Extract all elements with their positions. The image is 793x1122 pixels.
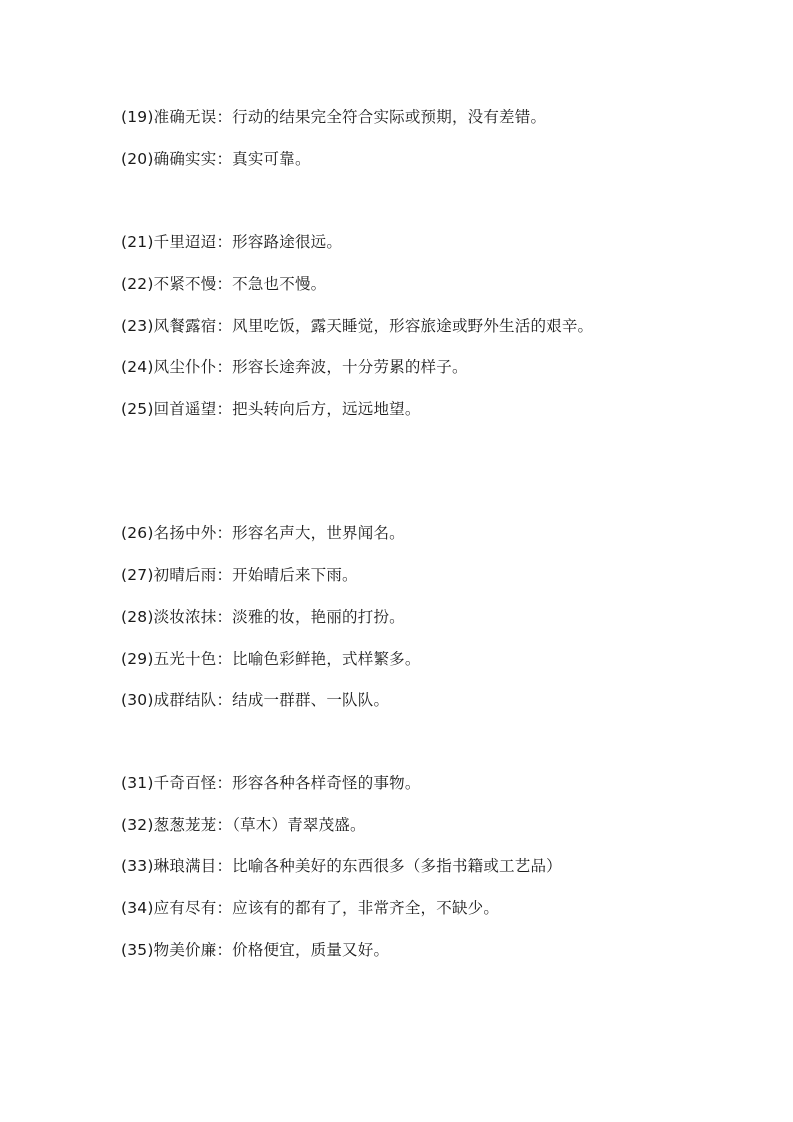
idiom-entry-32: (32)葱葱茏茏：（草木）青翠茂盛。 xyxy=(121,815,366,835)
idiom-definition: 比喻各种美好的东西很多（多指书籍或工艺品） xyxy=(232,857,562,875)
entry-number: (28) xyxy=(121,608,154,626)
separator: ： xyxy=(216,358,232,376)
idiom-term: 淡妆浓抹 xyxy=(154,608,217,626)
idiom-term: 准确无误 xyxy=(154,108,217,126)
separator: ： xyxy=(216,608,232,626)
idiom-term: 千里迢迢 xyxy=(154,233,217,251)
entry-number: (26) xyxy=(121,524,154,542)
entry-number: (24) xyxy=(121,358,154,376)
idiom-entry-23: (23)风餐露宿：风里吃饭，露天睡觉，形容旅途或野外生活的艰辛。 xyxy=(121,316,593,336)
separator: ： xyxy=(216,899,232,917)
entry-number: (27) xyxy=(121,566,154,584)
idiom-entry-34: (34)应有尽有：应该有的都有了，非常齐全，不缺少。 xyxy=(121,898,499,918)
entry-number: (29) xyxy=(121,650,154,668)
idiom-definition: 价格便宜，质量又好。 xyxy=(232,941,389,959)
idiom-definition: 形容各种各样奇怪的事物。 xyxy=(232,774,420,792)
entry-number: (32) xyxy=(121,816,154,834)
idiom-term: 风尘仆仆 xyxy=(154,358,217,376)
idiom-definition: 把头转向后方，远远地望。 xyxy=(232,400,420,418)
idiom-term: 名扬中外 xyxy=(154,524,217,542)
idiom-entry-31: (31)千奇百怪：形容各种各样奇怪的事物。 xyxy=(121,773,421,793)
idiom-term: 葱葱茏茏 xyxy=(154,816,217,834)
idiom-definition: 开始晴后来下雨。 xyxy=(232,566,358,584)
idiom-term: 不紧不慢 xyxy=(154,275,217,293)
entry-number: (31) xyxy=(121,774,154,792)
idiom-entry-24: (24)风尘仆仆：形容长途奔波，十分劳累的样子。 xyxy=(121,357,468,377)
entry-number: (33) xyxy=(121,857,154,875)
idiom-definition: 行动的结果完全符合实际或预期，没有差错。 xyxy=(232,108,546,126)
separator: ： xyxy=(216,524,232,542)
entry-number: (19) xyxy=(121,108,154,126)
idiom-entry-29: (29)五光十色：比喻色彩鲜艳，式样繁多。 xyxy=(121,649,421,669)
idiom-term: 初晴后雨 xyxy=(154,566,217,584)
idiom-entry-30: (30)成群结队：结成一群群、一队队。 xyxy=(121,690,389,710)
idiom-entry-25: (25)回首遥望：把头转向后方，远远地望。 xyxy=(121,399,421,419)
idiom-entry-20: (20)确确实实：真实可靠。 xyxy=(121,149,311,169)
entry-number: (30) xyxy=(121,691,154,709)
idiom-entry-28: (28)淡妆浓抹：淡雅的妆，艳丽的打扮。 xyxy=(121,607,405,627)
entry-number: (22) xyxy=(121,275,154,293)
separator: ： xyxy=(216,691,232,709)
idiom-term: 确确实实 xyxy=(154,150,217,168)
idiom-definition: 形容路途很远。 xyxy=(232,233,342,251)
entry-number: (25) xyxy=(121,400,154,418)
separator: ： xyxy=(216,400,232,418)
idiom-definition: 形容名声大，世界闻名。 xyxy=(232,524,405,542)
separator: ： xyxy=(216,941,232,959)
separator: ： xyxy=(216,233,232,251)
separator: ： xyxy=(216,317,232,335)
idiom-entry-21: (21)千里迢迢：形容路途很远。 xyxy=(121,232,342,252)
idiom-definition: 结成一群群、一队队。 xyxy=(232,691,389,709)
idiom-definition: （草木）青翠茂盛。 xyxy=(232,816,366,834)
idiom-definition: 不急也不慢。 xyxy=(232,275,326,293)
separator: ： xyxy=(216,566,232,584)
entry-number: (20) xyxy=(121,150,154,168)
idiom-term: 琳琅满目 xyxy=(154,857,217,875)
idiom-term: 五光十色 xyxy=(154,650,217,668)
idiom-term: 风餐露宿 xyxy=(154,317,217,335)
entry-number: (34) xyxy=(121,899,154,917)
idiom-entry-19: (19)准确无误：行动的结果完全符合实际或预期，没有差错。 xyxy=(121,107,546,127)
separator: ： xyxy=(216,816,232,834)
entry-number: (23) xyxy=(121,317,154,335)
idiom-definition: 淡雅的妆，艳丽的打扮。 xyxy=(232,608,405,626)
separator: ： xyxy=(216,275,232,293)
separator: ： xyxy=(216,774,232,792)
idiom-definition: 应该有的都有了，非常齐全，不缺少。 xyxy=(232,899,499,917)
idiom-entry-27: (27)初晴后雨：开始晴后来下雨。 xyxy=(121,565,358,585)
idiom-definition: 比喻色彩鲜艳，式样繁多。 xyxy=(232,650,420,668)
idiom-term: 物美价廉 xyxy=(154,941,217,959)
idiom-definition: 形容长途奔波，十分劳累的样子。 xyxy=(232,358,468,376)
idiom-definition: 风里吃饭，露天睡觉，形容旅途或野外生活的艰辛。 xyxy=(232,317,593,335)
document-page: (19)准确无误：行动的结果完全符合实际或预期，没有差错。 (20)确确实实：真… xyxy=(0,0,793,1122)
idiom-entry-33: (33)琳琅满目：比喻各种美好的东西很多（多指书籍或工艺品） xyxy=(121,856,562,876)
entry-number: (35) xyxy=(121,941,154,959)
idiom-entry-35: (35)物美价廉：价格便宜，质量又好。 xyxy=(121,940,389,960)
idiom-entry-22: (22)不紧不慢：不急也不慢。 xyxy=(121,274,326,294)
idiom-term: 千奇百怪 xyxy=(154,774,217,792)
idiom-term: 应有尽有 xyxy=(154,899,217,917)
idiom-term: 回首遥望 xyxy=(154,400,217,418)
separator: ： xyxy=(216,650,232,668)
separator: ： xyxy=(216,150,232,168)
idiom-term: 成群结队 xyxy=(154,691,217,709)
idiom-entry-26: (26)名扬中外：形容名声大，世界闻名。 xyxy=(121,523,405,543)
separator: ： xyxy=(216,108,232,126)
separator: ： xyxy=(216,857,232,875)
idiom-definition: 真实可靠。 xyxy=(232,150,311,168)
entry-number: (21) xyxy=(121,233,154,251)
